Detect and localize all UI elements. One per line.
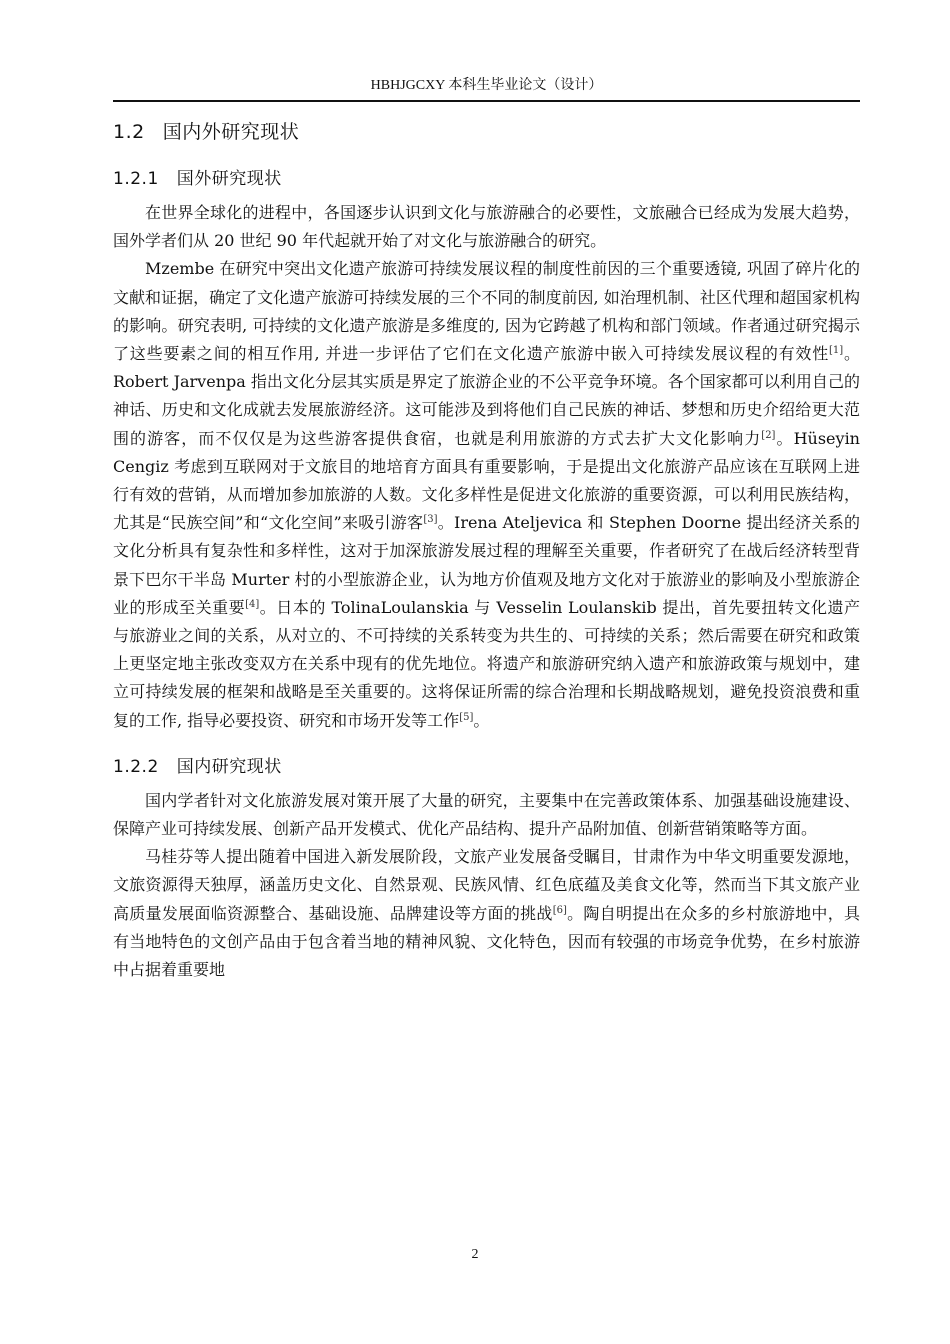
paragraph-text: Mzembe 在研究中突出文化遗产旅游可持续发展议程的制度性前因的三个重要透镜,… [113,259,860,363]
subsection-title: 国外研究现状 [177,169,282,189]
citation-marker: [5] [459,712,473,723]
section-heading: 1.2国内外研究现状 [113,117,860,147]
paragraph-text: 国内学者针对文化旅游发展对策开展了大量的研究，主要集中在完善政策体系、加强基础设… [113,791,860,838]
document-body: 1.2国内外研究现状 1.2.1国外研究现状 在世界全球化的进程中，各国逐步认识… [113,113,860,984]
header-title: HBHJGCXY 本科生毕业论文（设计） [371,78,603,93]
subsection-heading-domestic: 1.2.2国内研究现状 [113,753,860,781]
citation-marker: [3] [423,514,437,525]
subsection-number: 1.2.2 [113,753,159,781]
page-header: HBHJGCXY 本科生毕业论文（设计） [113,76,860,96]
citation-marker: [4] [245,599,259,610]
section-title: 国内外研究现状 [163,121,300,143]
paragraph-text: 在世界全球化的进程中，各国逐步认识到文化与旅游融合的必要性，文旅融合已经成为发展… [113,203,860,250]
citation-marker: [1] [829,345,843,356]
paragraph: 在世界全球化的进程中，各国逐步认识到文化与旅游融合的必要性，文旅融合已经成为发展… [113,199,860,255]
paragraph: 马桂芬等人提出随着中国进入新发展阶段，文旅产业发展备受瞩目，甘肃作为中华文明重要… [113,843,860,984]
citation-marker: [2] [761,430,775,441]
header-divider [113,100,860,102]
paragraph: 国内学者针对文化旅游发展对策开展了大量的研究，主要集中在完善政策体系、加强基础设… [113,787,860,843]
subsection-title: 国内研究现状 [177,757,282,777]
subsection-number: 1.2.1 [113,165,159,193]
subsection-heading-foreign: 1.2.1国外研究现状 [113,165,860,193]
section-number: 1.2 [113,117,145,147]
paragraph: Mzembe 在研究中突出文化遗产旅游可持续发展议程的制度性前因的三个重要透镜,… [113,255,860,734]
page-number: 2 [0,1247,950,1263]
citation-marker: [6] [553,905,567,916]
paragraph-text: 。 [473,711,489,730]
